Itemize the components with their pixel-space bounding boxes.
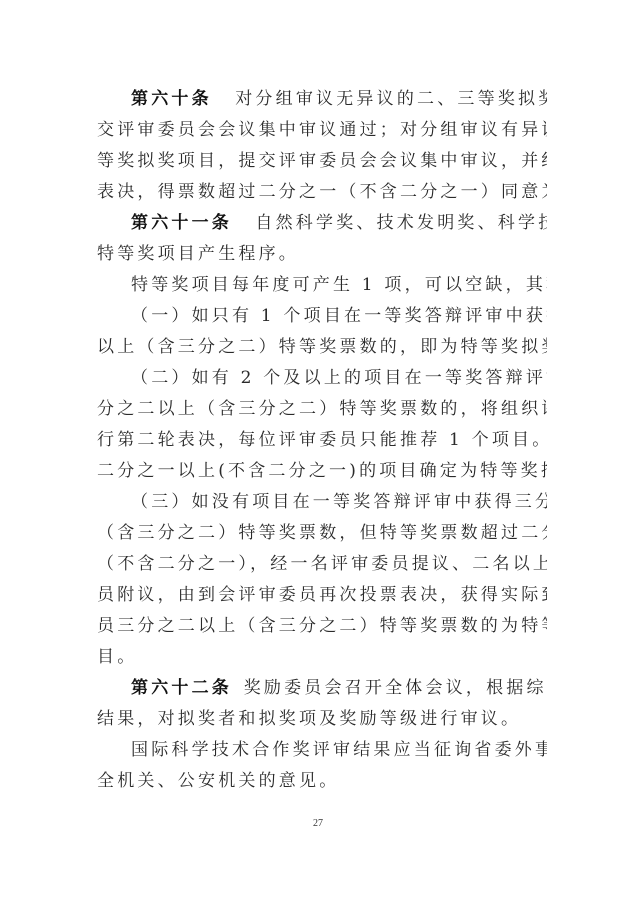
article-heading: 第六十条 [131, 89, 212, 109]
text-line: 以上（含三分之二）特等奖票数的，即为特等奖拟奖项目。 [97, 332, 547, 363]
text-line: 结果，对拟奖者和拟奖项及奖励等级进行审议。 [97, 704, 547, 735]
text-line: 国际科学技术合作奖评审结果应当征询省委外事、国家安 [97, 735, 547, 766]
text-line: 员附议，由到会评审委员再次投票表决，获得实际到会评审委 [97, 580, 547, 611]
text-line: （二）如有 2 个及以上的项目在一等奖答辩评审中获得三 [97, 363, 547, 394]
text-line: （不含二分之一），经一名评审委员提议、二名以上的评审委 [97, 549, 547, 580]
article-heading: 第六十二条 [131, 678, 232, 698]
text-line: （一）如只有 1 个项目在一等奖答辩评审中获得三分之二 [97, 301, 547, 332]
article-heading: 第六十一条 [131, 213, 232, 233]
text-line: 等奖拟奖项目，提交评审委员会会议集中审议，并经大会投票 [97, 146, 547, 177]
text-line: 交评审委员会会议集中审议通过；对分组审议有异议的二、三 [97, 115, 547, 146]
document-page: 第六十条 对分组审议无异议的二、三等奖拟奖项目，提 交评审委员会会议集中审议通过… [97, 84, 547, 797]
text-line: 特等奖项目产生程序。 [97, 239, 547, 270]
page-number: 27 [0, 818, 636, 829]
text-line: 行第二轮表决，每位评审委员只能推荐 1 个项目。得票数超过 [97, 425, 547, 456]
text-line: 员三分之二以上（含三分之二）特等奖票数的为特等奖拟奖项 [97, 611, 547, 642]
text-line: 分之二以上（含三分之二）特等奖票数的，将组织评审委员进 [97, 394, 547, 425]
text-line: 表决，得票数超过二分之一（不含二分之一）同意为通过。 [97, 177, 547, 208]
text-line: （含三分之二）特等奖票数，但特等奖票数超过二分之一以上 [97, 518, 547, 549]
article-60-line-1: 第六十条 对分组审议无异议的二、三等奖拟奖项目，提 [97, 84, 547, 115]
text-line: 特等奖项目每年度可产生 1 项，可以空缺，其程序为： [97, 270, 547, 301]
text-line: 二分之一以上(不含二分之一)的项目确定为特等奖拟奖项目。 [97, 456, 547, 487]
text-line: （三）如没有项目在一等奖答辩评审中获得三分之二以上 [97, 487, 547, 518]
text-line: 全机关、公安机关的意见。 [97, 766, 547, 797]
text-line: 目。 [97, 642, 547, 673]
article-62-line-1: 第六十二条 奖励委员会召开全体会议，根据综合评审的 [97, 673, 547, 704]
article-61-line-1: 第六十一条 自然科学奖、技术发明奖、科学技术进步奖 [97, 208, 547, 239]
